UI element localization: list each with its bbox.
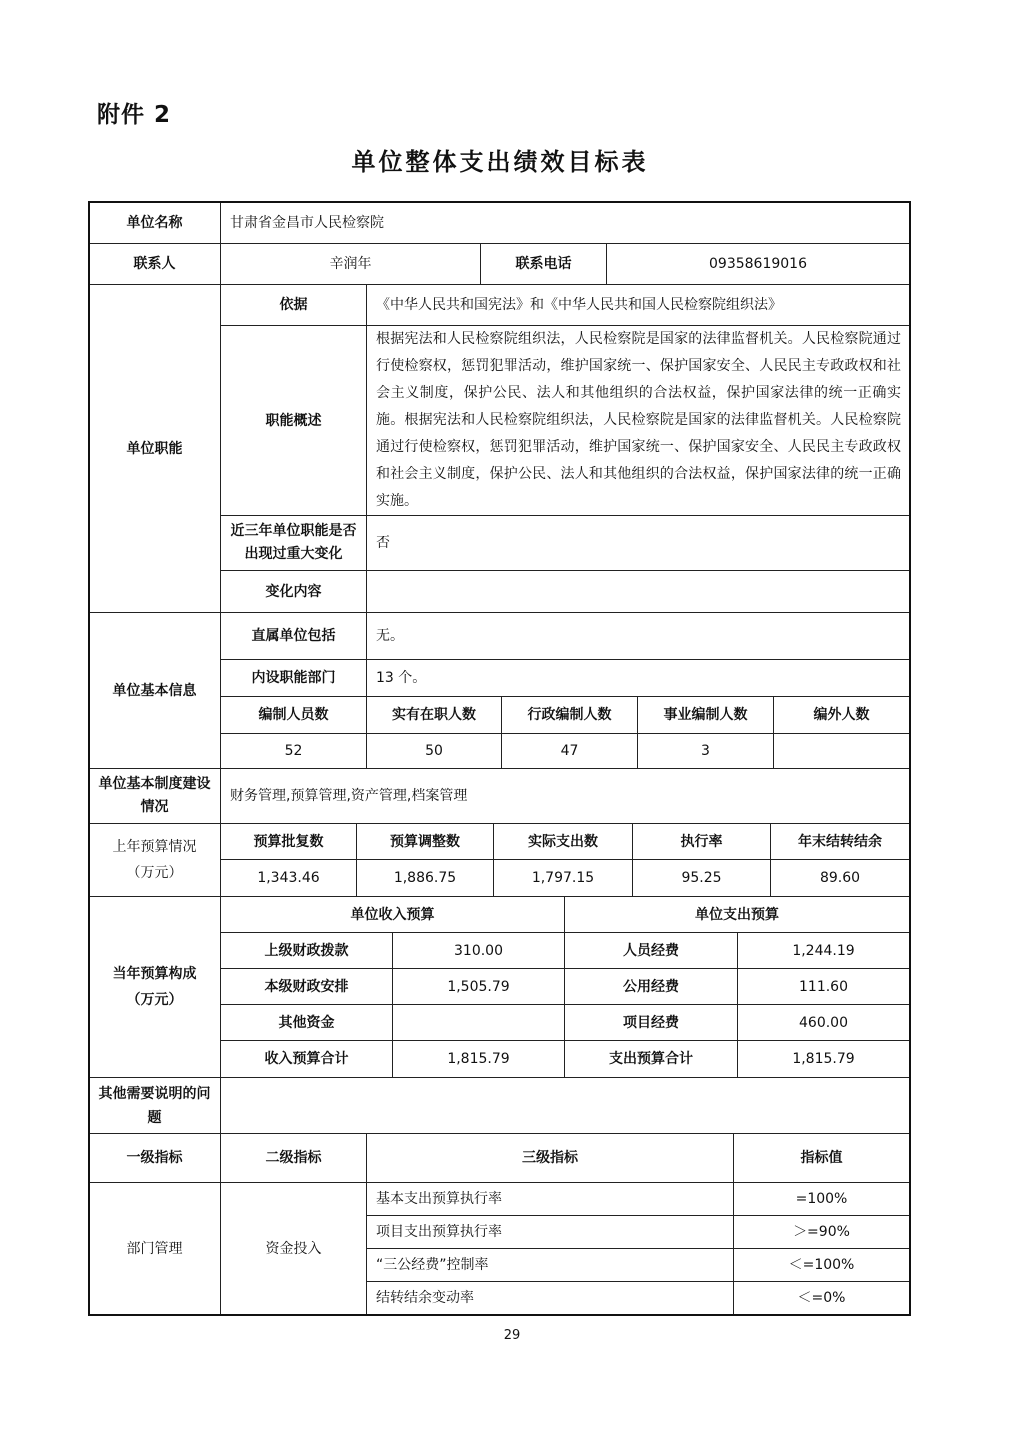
last-year-header: 执行率 [632, 823, 771, 860]
last-year-value: 95.25 [632, 859, 771, 897]
indicator-value: ＜=100% [733, 1248, 910, 1282]
basis-value: 《中华人民共和国宪法》和《中华人民共和国人民检察院组织法》 [366, 284, 910, 326]
change-content-value [366, 570, 910, 613]
departments-label: 内设职能部门 [220, 659, 367, 697]
other-label: 其他需要说明的问题 [88, 1077, 221, 1134]
expense-label: 人员经费 [564, 932, 738, 969]
expense-value: 111.60 [737, 968, 910, 1005]
system-label: 单位基本制度建设情况 [88, 768, 221, 824]
page-title: 单位整体支出绩效目标表 [0, 142, 1000, 177]
indicator-level1: 部门管理 [88, 1182, 221, 1315]
functions-section-label: 单位职能 [88, 284, 221, 613]
staff-header: 编外人数 [773, 696, 910, 734]
income-value: 1,505.79 [392, 968, 565, 1005]
staff-value: 47 [501, 733, 638, 769]
indicator-name: 基本支出预算执行率 [366, 1182, 734, 1216]
system-value: 财务管理,预算管理,资产管理,档案管理 [220, 768, 910, 824]
attachment-label: 附件 2 [97, 96, 171, 129]
indicator-name: 结转结余变动率 [366, 1281, 734, 1315]
basic-info-section-label: 单位基本信息 [88, 612, 221, 769]
expense-total-label: 支出预算合计 [564, 1040, 738, 1078]
basis-label: 依据 [220, 284, 367, 326]
change-question-label: 近三年单位职能是否出现过重大变化 [220, 515, 367, 571]
last-year-header: 年末结转结余 [770, 823, 910, 860]
current-year-label: 当年预算构成（万元） [88, 896, 221, 1078]
unit-name-value: 甘肃省金昌市人民检察院 [220, 201, 910, 244]
income-total-label: 收入预算合计 [220, 1040, 393, 1078]
phone-value: 09358619016 [606, 243, 910, 285]
departments-value: 13 个。 [366, 659, 910, 697]
staff-header: 编制人员数 [220, 696, 367, 734]
indicator-value: ＜=0% [733, 1281, 910, 1315]
income-value [392, 1004, 565, 1041]
indicator-header: 二级指标 [220, 1133, 367, 1183]
last-year-label: 上年预算情况（万元） [88, 823, 221, 897]
indicator-header: 一级指标 [88, 1133, 221, 1183]
expense-value: 460.00 [737, 1004, 910, 1041]
staff-header: 事业编制人数 [637, 696, 774, 734]
staff-value: 3 [637, 733, 774, 769]
income-label: 本级财政安排 [220, 968, 393, 1005]
staff-header: 行政编制人数 [501, 696, 638, 734]
expense-label: 项目经费 [564, 1004, 738, 1041]
indicator-name: 项目支出预算执行率 [366, 1215, 734, 1249]
phone-label: 联系电话 [480, 243, 607, 285]
change-question-value: 否 [366, 515, 910, 571]
last-year-value: 1,343.46 [220, 859, 357, 897]
income-label: 上级财政拨款 [220, 932, 393, 969]
staff-value: 50 [366, 733, 502, 769]
page-number: 29 [0, 1328, 1024, 1343]
indicator-value: ＞=90% [733, 1215, 910, 1249]
staff-value [773, 733, 910, 769]
overview-label: 职能概述 [220, 325, 367, 516]
expense-header: 单位支出预算 [564, 896, 910, 933]
change-content-label: 变化内容 [220, 570, 367, 613]
expense-value: 1,244.19 [737, 932, 910, 969]
income-total-value: 1,815.79 [392, 1040, 565, 1078]
overview-value: 根据宪法和人民检察院组织法，人民检察院是国家的法律监督机关。人民检察院通过行使检… [366, 325, 910, 516]
other-value [220, 1077, 910, 1134]
last-year-value: 1,797.15 [493, 859, 633, 897]
income-header: 单位收入预算 [220, 896, 565, 933]
last-year-header: 预算调整数 [356, 823, 494, 860]
subordinate-value: 无。 [366, 612, 910, 660]
contact-value: 辛润年 [220, 243, 481, 285]
indicator-header: 指标值 [733, 1133, 910, 1183]
contact-label: 联系人 [88, 243, 221, 285]
expense-label: 公用经费 [564, 968, 738, 1005]
indicator-name: “三公经费”控制率 [366, 1248, 734, 1282]
subordinate-label: 直属单位包括 [220, 612, 367, 660]
last-year-value: 1,886.75 [356, 859, 494, 897]
income-value: 310.00 [392, 932, 565, 969]
expense-total-value: 1,815.79 [737, 1040, 910, 1078]
income-label: 其他资金 [220, 1004, 393, 1041]
indicator-level2: 资金投入 [220, 1182, 367, 1315]
last-year-value: 89.60 [770, 859, 910, 897]
unit-name-label: 单位名称 [88, 201, 221, 244]
staff-value: 52 [220, 733, 367, 769]
last-year-header: 预算批复数 [220, 823, 357, 860]
indicator-value: =100% [733, 1182, 910, 1216]
staff-header: 实有在职人数 [366, 696, 502, 734]
last-year-header: 实际支出数 [493, 823, 633, 860]
indicator-header: 三级指标 [366, 1133, 734, 1183]
